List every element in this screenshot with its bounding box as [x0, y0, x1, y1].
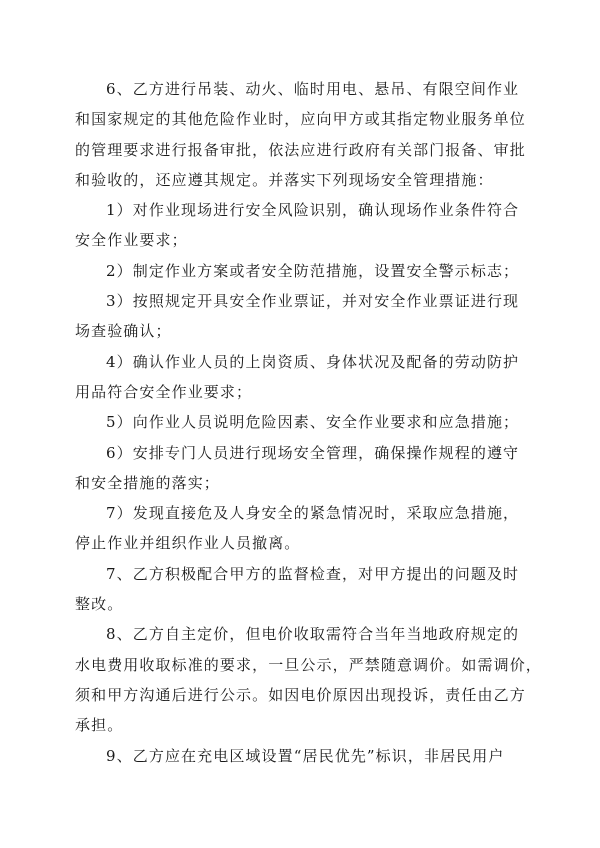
- clause-7: 7、乙方积极配合甲方的监督检查，对甲方提出的问题及时 整改。: [75, 559, 530, 620]
- text-line: 9、乙方应在充电区域设置“居民优先”标识，非居民用户: [75, 741, 530, 771]
- text-line: 的管理要求进行报备审批，依法应进行政府有关部门报备、审批: [75, 135, 530, 165]
- text-line: 7、乙方积极配合甲方的监督检查，对甲方提出的问题及时: [75, 559, 530, 589]
- text-line: 停止作业并组织作业人员撤离。: [75, 528, 530, 558]
- text-line: 5）向作业人员说明危险因素、安全作业要求和应急措施；: [75, 407, 530, 437]
- text-line: 2）制定作业方案或者安全防范措施，设置安全警示标志；: [75, 256, 530, 286]
- text-line: 1）对作业现场进行安全风险识别，确认现场作业条件符合: [75, 195, 530, 225]
- text-line: 6）安排专门人员进行现场安全管理，确保操作规程的遵守: [75, 438, 530, 468]
- clause-6-item-5: 5）向作业人员说明危险因素、安全作业要求和应急措施；: [75, 407, 530, 437]
- clause-6: 6、乙方进行吊装、动火、临时用电、悬吊、有限空间作业 和国家规定的其他危险作业时…: [75, 74, 530, 195]
- text-line: 和验收的，还应遵其规定。并落实下列现场安全管理措施：: [75, 165, 530, 195]
- clause-6-item-3: 3）按照规定开具安全作业票证，并对安全作业票证进行现 场查验确认；: [75, 286, 530, 347]
- clause-6-item-4: 4）确认作业人员的上岗资质、身体状况及配备的劳动防护 用品符合安全作业要求；: [75, 347, 530, 408]
- clause-8: 8、乙方自主定价，但电价收取需符合当年当地政府规定的 水电费用收取标准的要求，一…: [75, 619, 530, 740]
- text-line: 用品符合安全作业要求；: [75, 377, 530, 407]
- clause-9: 9、乙方应在充电区域设置“居民优先”标识，非居民用户: [75, 741, 530, 771]
- clause-6-item-6: 6）安排专门人员进行现场安全管理，确保操作规程的遵守 和安全措施的落实；: [75, 438, 530, 499]
- text-line: 6、乙方进行吊装、动火、临时用电、悬吊、有限空间作业: [75, 74, 530, 104]
- text-line: 整改。: [75, 589, 530, 619]
- text-line: 3）按照规定开具安全作业票证，并对安全作业票证进行现: [75, 286, 530, 316]
- text-line: 和安全措施的落实；: [75, 468, 530, 498]
- clause-6-item-2: 2）制定作业方案或者安全防范措施，设置安全警示标志；: [75, 256, 530, 286]
- text-line: 和国家规定的其他危险作业时，应向甲方或其指定物业服务单位: [75, 104, 530, 134]
- text-line: 水电费用收取标准的要求，一旦公示，严禁随意调价。如需调价，: [75, 650, 530, 680]
- text-line: 须和甲方沟通后进行公示。如因电价原因出现投诉，责任由乙方: [75, 680, 530, 710]
- text-line: 7）发现直接危及人身安全的紧急情况时，采取应急措施，: [75, 498, 530, 528]
- text-line: 4）确认作业人员的上岗资质、身体状况及配备的劳动防护: [75, 347, 530, 377]
- text-line: 场查验确认；: [75, 316, 530, 346]
- text-line: 安全作业要求；: [75, 225, 530, 255]
- clause-6-item-7: 7）发现直接危及人身安全的紧急情况时，采取应急措施， 停止作业并组织作业人员撤离…: [75, 498, 530, 559]
- text-line: 8、乙方自主定价，但电价收取需符合当年当地政府规定的: [75, 619, 530, 649]
- document-page: 6、乙方进行吊装、动火、临时用电、悬吊、有限空间作业 和国家规定的其他危险作业时…: [75, 74, 530, 771]
- text-line: 承担。: [75, 710, 530, 740]
- clause-6-item-1: 1）对作业现场进行安全风险识别，确认现场作业条件符合 安全作业要求；: [75, 195, 530, 256]
